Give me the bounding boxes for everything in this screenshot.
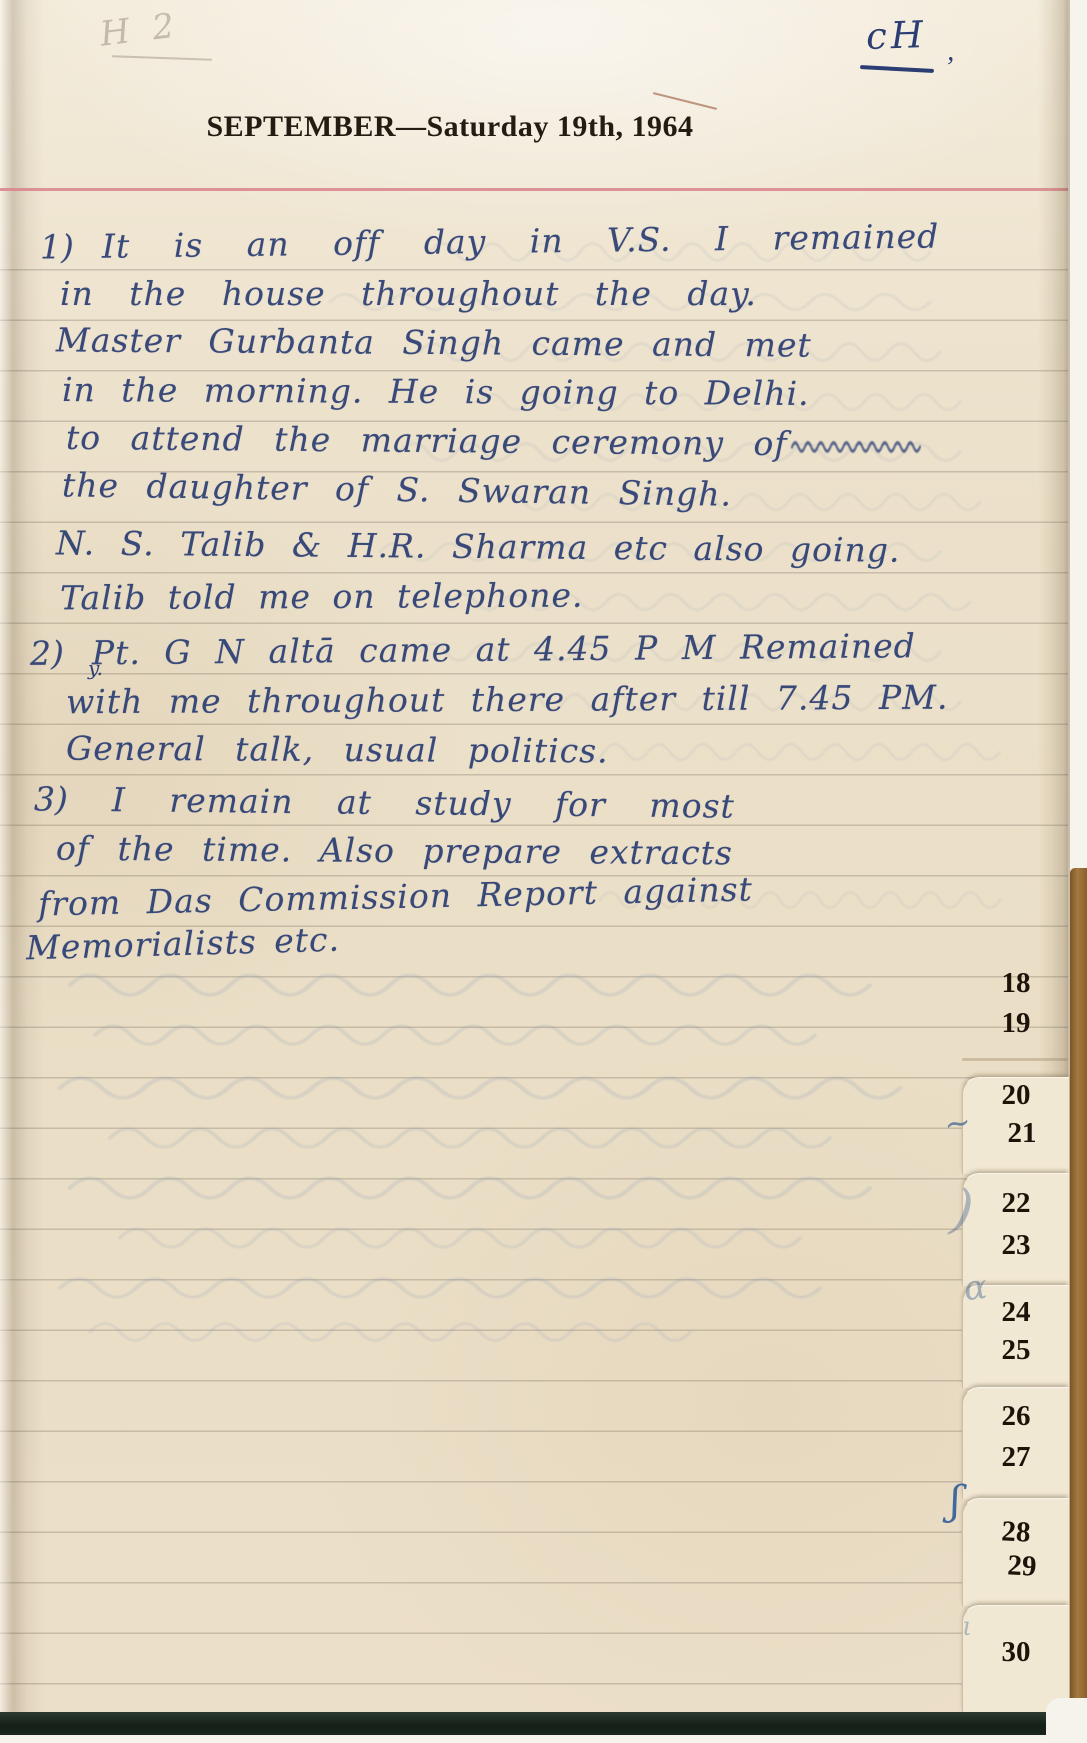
entry-number: 2) bbox=[30, 634, 64, 673]
tab-number-20: 20 bbox=[993, 1079, 1039, 1111]
diary-page: SEPTEMBER—Saturday 19th, 1964 H 2 cH ’ 1… bbox=[0, 0, 1068, 1714]
diary-line-text: I remain at study for most bbox=[112, 780, 735, 826]
diary-line: 2)Pt. G N altā came at 4.45 P M Remained bbox=[30, 626, 916, 673]
diary-line-text: with me throughout there after till 7.45… bbox=[66, 678, 949, 722]
diary-line-text: Pt. G N altā came at 4.45 P M Remained bbox=[92, 626, 916, 672]
diary-line: 3)I remain at study for most bbox=[34, 779, 735, 825]
tab-ink-mark: ι bbox=[962, 1612, 972, 1642]
diary-line-text: General talk, usual politics. bbox=[66, 729, 609, 771]
diary-line-text: to attend the marriage ceremony of bbox=[66, 418, 788, 463]
diary-line: in the morning. He is going to Delhi. bbox=[62, 370, 810, 413]
diary-line: with me throughout there after till 7.45… bbox=[66, 678, 949, 722]
diary-line: to attend the marriage ceremony of bbox=[66, 418, 788, 463]
diary-line: N. S. Talib & H.R. Sharma etc also going… bbox=[56, 523, 901, 569]
tab-number-26: 26 bbox=[993, 1400, 1039, 1432]
margin-rule bbox=[0, 188, 1068, 191]
diary-line: of the time. Also prepare extracts bbox=[56, 829, 733, 873]
page-title: SEPTEMBER—Saturday 19th, 1964 bbox=[0, 110, 900, 144]
ink-corner-mark: cH bbox=[865, 13, 927, 58]
diary-line: Master Gurbanta Singh came and met bbox=[56, 320, 812, 364]
entry-number: 3) bbox=[34, 779, 68, 818]
tab-number-30: 30 bbox=[993, 1636, 1039, 1668]
book-cover-edge-right bbox=[1070, 868, 1087, 1714]
diary-line: Talib told me on telephone. bbox=[60, 576, 584, 618]
diary-line-text: of the time. Also prepare extracts bbox=[56, 829, 733, 873]
insert-correction-mark: y. bbox=[88, 656, 103, 680]
tab-number-22: 22 bbox=[993, 1187, 1039, 1219]
page-corner-curl bbox=[1046, 1698, 1087, 1743]
diary-line: General talk, usual politics. bbox=[66, 729, 609, 771]
tab-number-21: 21 bbox=[999, 1117, 1045, 1149]
entry-number: 1) bbox=[40, 227, 74, 266]
tab-number-23: 23 bbox=[993, 1229, 1039, 1261]
diary-line-text: Talib told me on telephone. bbox=[60, 576, 584, 618]
diary-line-text: N. S. Talib & H.R. Sharma etc also going… bbox=[56, 523, 901, 569]
diary-line-text: in the house throughout the day. bbox=[60, 274, 757, 313]
tab-number-27: 27 bbox=[993, 1441, 1039, 1473]
diary-line-text: Master Gurbanta Singh came and met bbox=[56, 320, 812, 364]
book-cover-edge-bottom bbox=[0, 1712, 1087, 1735]
ink-corner-tick: ’ bbox=[944, 52, 953, 84]
tab-number-25: 25 bbox=[993, 1334, 1039, 1366]
current-tab-cut-edge bbox=[962, 1058, 1068, 1061]
tab-number-28: 28 bbox=[992, 1515, 1040, 1549]
tab-number-18: 18 bbox=[993, 967, 1039, 999]
tab-number-24: 24 bbox=[993, 1296, 1039, 1328]
diary-line-text: in the morning. He is going to Delhi. bbox=[62, 370, 810, 413]
diary-line: in the house throughout the day. bbox=[60, 274, 757, 313]
tab-number-19: 19 bbox=[993, 1007, 1039, 1039]
tab-number-29: 29 bbox=[998, 1549, 1046, 1583]
diary-scan: SEPTEMBER—Saturday 19th, 1964 H 2 cH ’ 1… bbox=[0, 0, 1087, 1743]
tab-ink-mark: α bbox=[962, 1267, 989, 1309]
tab-ink-mark: ʃ bbox=[950, 1478, 961, 1524]
